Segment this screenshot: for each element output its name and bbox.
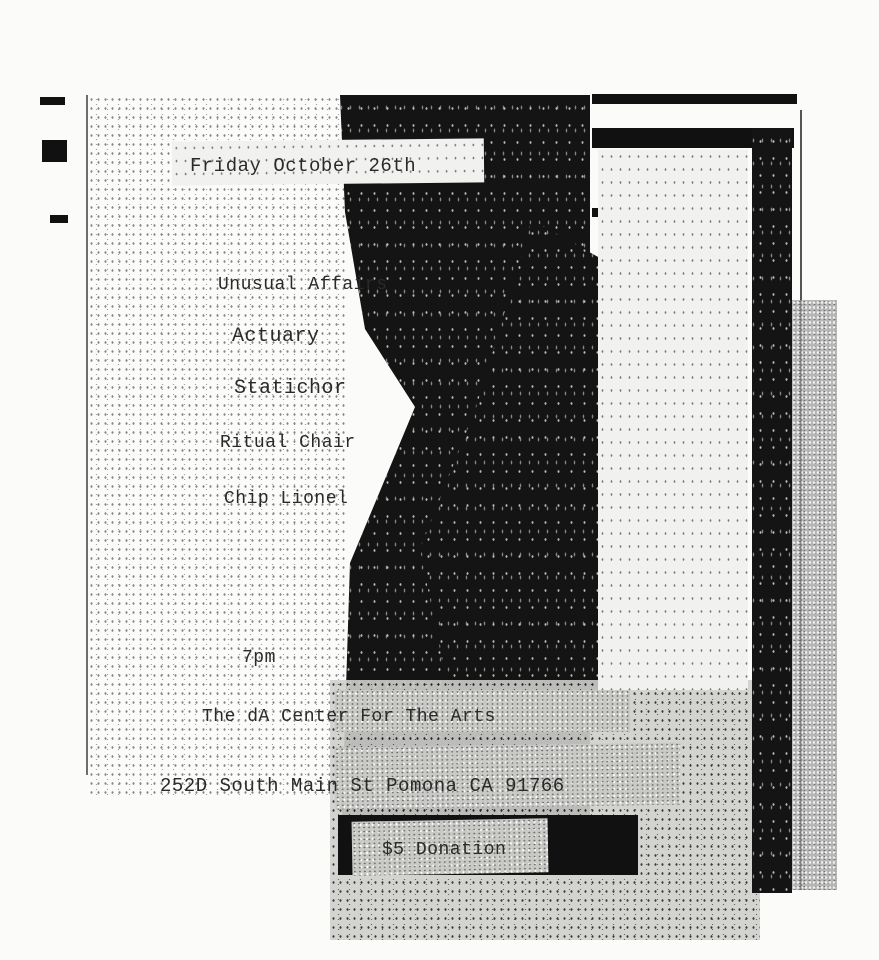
band-name: Chip Lionel xyxy=(224,489,348,509)
venue-address: 252D South Main St Pomona CA 91766 xyxy=(160,775,565,797)
flyer-page: { "flyer": { "date": "Friday October 26t… xyxy=(0,0,879,960)
edge-mark xyxy=(50,215,68,223)
event-date: Friday October 26th xyxy=(190,155,416,177)
frame-inner-panel xyxy=(598,150,748,690)
edge-line xyxy=(86,95,88,775)
band-name: Actuary xyxy=(232,325,320,348)
band-name: Unusual Affairs xyxy=(218,275,388,295)
frame-grey-strip xyxy=(792,300,837,890)
band-name: Statichor xyxy=(234,377,347,400)
frame-top-bar xyxy=(592,94,797,104)
band-name: Ritual Chair xyxy=(220,433,356,453)
edge-mark xyxy=(42,140,67,162)
frame-right-column xyxy=(752,128,792,893)
event-time: 7pm xyxy=(242,648,276,668)
venue-name: The dA Center For The Arts xyxy=(202,707,496,727)
edge-mark xyxy=(40,97,65,105)
price: $5 Donation xyxy=(382,840,506,860)
